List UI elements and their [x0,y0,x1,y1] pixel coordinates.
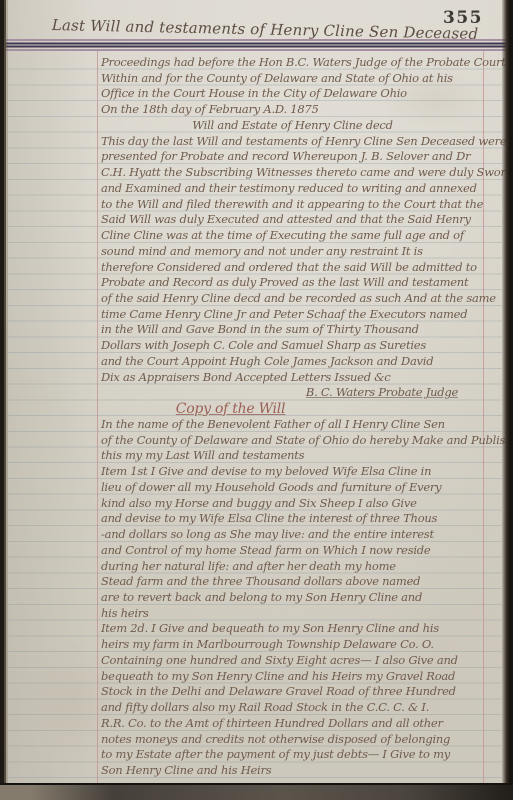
section-probate-order: This day the last Will and testaments of… [101,134,484,401]
desk-shadow-bottom [0,783,513,800]
manuscript-line: and devise to my Wife Elsa Cline the int… [101,511,484,527]
manuscript-line: to the Will and filed therewith and it a… [101,197,484,213]
manuscript-line: kind also my Horse and buggy and Six She… [101,496,484,512]
manuscript-line: Within and for the County of Delaware an… [101,71,484,87]
manuscript-line: Containing one hundred and Sixty Eight a… [101,653,484,669]
manuscript-line: lieu of dower all my Household Goods and… [101,480,484,496]
manuscript-line: This day the last Will and testaments of… [101,134,484,150]
section-will-copy: In the name of the Benevolent Father of … [101,417,484,779]
manuscript-line: and the Court Appoint Hugh Cole James Ja… [101,354,484,370]
scanned-page: 355 Last Will and testaments of Henry Cl… [0,0,513,800]
manuscript-line: his heirs [101,606,484,622]
manuscript-line: and Examined and their testimony reduced… [101,181,484,197]
book-edge-left [0,0,8,800]
manuscript-line: in the Will and Gave Bond in the sum of … [101,322,484,338]
manuscript-line: Office in the Court House in the City of… [101,86,484,102]
manuscript-line: Dollars with Joseph C. Cole and Samuel S… [101,338,484,354]
manuscript-body: Proceedings had before the Hon B.C. Wate… [101,55,484,779]
manuscript-line: Dix as Appraisers Bond Accepted Letters … [101,370,484,386]
manuscript-line: Item 2d. I Give and bequeath to my Son H… [101,621,484,637]
section-proceedings: Proceedings had before the Hon B.C. Wate… [101,55,484,134]
manuscript-line: C.H. Hyatt the Subscribing Witnesses the… [101,165,484,181]
manuscript-line: -and dollars so long as She may live: an… [101,527,484,543]
manuscript-line: presented for Probate and record Whereup… [101,149,484,165]
manuscript-line: Probate and Record as duly Proved as the… [101,275,484,291]
manuscript-line: and Control of my home Stead farm on Whi… [101,543,484,559]
manuscript-line: Proceedings had before the Hon B.C. Wate… [101,55,484,71]
section-will-copy-heading: Copy of the Will [101,401,484,417]
manuscript-line: of the said Henry Cline decd and be reco… [101,291,484,307]
manuscript-line: of the County of Delaware and State of O… [101,433,484,449]
book-edge-right [502,0,513,800]
manuscript-line: Copy of the Will [39,401,422,417]
manuscript-line: time Came Henry Cline Jr and Peter Schaa… [101,307,484,323]
manuscript-line: Said Will was duly Executed and attested… [101,212,484,228]
manuscript-line: Son Henry Cline and his Heirs [101,763,484,779]
manuscript-line: B. C. Waters Probate Judge [101,385,484,401]
manuscript-line: Stead farm and the three Thousand dollar… [101,574,484,590]
manuscript-line: In the name of the Benevolent Father of … [101,417,484,433]
manuscript-line: and fifty dollars also my Rail Road Stoc… [101,700,484,716]
manuscript-line: are to revert back and belong to my Son … [101,590,484,606]
manuscript-line: sound mind and memory and not under any … [101,244,484,260]
manuscript-line: this my my Last Will and testaments [101,448,484,464]
margin-line-left [97,51,98,786]
manuscript-line: Stock in the Delhi and Delaware Gravel R… [101,684,484,700]
double-rule [0,39,513,51]
manuscript-line: bequeath to my Son Henry Cline and his H… [101,669,484,685]
manuscript-line: notes moneys and credits not otherwise d… [101,732,484,748]
manuscript-line: heirs my farm in Marlbourrough Township … [101,637,484,653]
manuscript-line: to my Estate after the payment of my jus… [101,747,484,763]
manuscript-line: Will and Estate of Henry Cline decd [101,118,484,134]
manuscript-line: during her natural life: and after her d… [101,559,484,575]
manuscript-line: R.R. Co. to the Amt of thirteen Hundred … [101,716,484,732]
manuscript-line: Cline Cline was at the time of Executing… [101,228,484,244]
manuscript-line: On the 18th day of February A.D. 1875 [101,102,484,118]
manuscript-line: therefore Considered and ordered that th… [101,260,484,276]
manuscript-line: Item 1st I Give and devise to my beloved… [101,464,484,480]
